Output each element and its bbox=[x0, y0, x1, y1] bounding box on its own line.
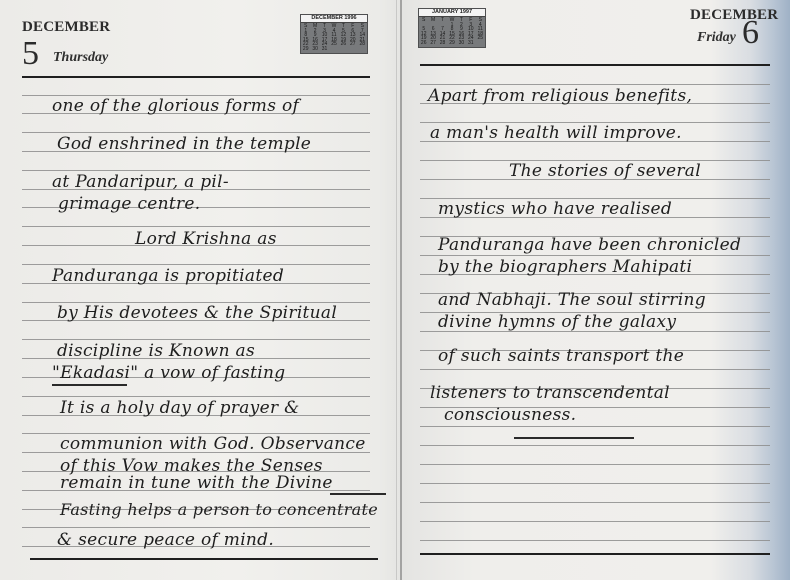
closing-underline bbox=[514, 437, 634, 439]
handwritten-line: at Pandaripur, a pil- bbox=[52, 172, 229, 192]
handwritten-line: discipline is Known as bbox=[57, 341, 255, 361]
right-day-number: 6 bbox=[742, 16, 759, 50]
left-page: DECEMBER 5 Thursday DECEMBER 1996 S M T … bbox=[0, 0, 400, 580]
handwritten-line: Lord Krishna as bbox=[135, 229, 277, 249]
ruled-line bbox=[22, 132, 370, 133]
handwritten-line: Apart from religious benefits, bbox=[428, 86, 692, 106]
footer-rule bbox=[420, 553, 770, 555]
handwritten-line: mystics who have realised bbox=[438, 199, 672, 219]
handwritten-line: consciousness. bbox=[444, 405, 576, 425]
ruled-line bbox=[22, 527, 370, 528]
right-page: JANUARY 1997 S M T W T F S 1 2 3 bbox=[404, 0, 790, 580]
handwritten-line: of such saints transport the bbox=[438, 346, 684, 366]
handwritten-line: & secure peace of mind. bbox=[57, 530, 274, 550]
handwritten-line: listeners to transcendental bbox=[430, 383, 670, 403]
ruled-line bbox=[420, 464, 770, 465]
mini-calendar-december-1996: DECEMBER 1996 S M T W T F S 1 2 3 4 5 bbox=[300, 14, 368, 54]
diary-spread: DECEMBER 5 Thursday DECEMBER 1996 S M T … bbox=[0, 0, 790, 580]
right-month-label: DECEMBER bbox=[690, 7, 778, 24]
handwritten-line: a man's health will improve. bbox=[430, 123, 682, 143]
ruled-line bbox=[420, 521, 770, 522]
ruled-line bbox=[22, 226, 370, 227]
cal-day bbox=[476, 41, 485, 46]
handwritten-line: Panduranga have been chronicled bbox=[438, 235, 741, 255]
ruled-line bbox=[420, 483, 770, 484]
mini-calendar-january-1997: JANUARY 1997 S M T W T F S 1 2 3 bbox=[418, 8, 486, 48]
cal-day: 30 bbox=[457, 41, 466, 46]
ruled-line bbox=[22, 170, 370, 171]
divine-underline bbox=[330, 493, 386, 495]
cal-day bbox=[348, 47, 357, 52]
header-rule bbox=[22, 76, 370, 78]
cal-day: 29 bbox=[447, 41, 456, 46]
cal-day: 27 bbox=[428, 41, 437, 46]
ruled-line bbox=[22, 396, 370, 397]
mini-calendar-title: DECEMBER 1996 bbox=[301, 15, 367, 23]
ruled-line bbox=[420, 426, 770, 427]
handwritten-line: "Ekadasi" a vow of fasting bbox=[52, 363, 285, 383]
ruled-line bbox=[420, 445, 770, 446]
right-weekday: Friday bbox=[697, 30, 736, 46]
handwritten-line: and Nabhaji. The soul stirring bbox=[438, 290, 706, 310]
handwritten-line: by the biographers Mahipati bbox=[438, 257, 692, 277]
cal-day: 31 bbox=[466, 41, 475, 46]
handwritten-line: remain in tune with the Divine bbox=[60, 473, 333, 493]
handwritten-line: Panduranga is propitiated bbox=[52, 266, 284, 286]
handwritten-line: God enshrined in the temple bbox=[57, 134, 311, 154]
footer-rule bbox=[30, 558, 378, 560]
cal-day: 26 bbox=[419, 41, 428, 46]
cal-day: 31 bbox=[320, 47, 329, 52]
ekadasi-underline bbox=[52, 384, 127, 386]
handwritten-line: grimage centre. bbox=[58, 194, 201, 214]
page-gutter bbox=[400, 0, 402, 580]
ruled-line bbox=[420, 255, 770, 256]
left-day-number: 5 bbox=[22, 37, 39, 71]
cal-day: 28 bbox=[438, 41, 447, 46]
ruled-line bbox=[420, 84, 770, 85]
cal-day bbox=[339, 47, 348, 52]
ruled-line bbox=[420, 369, 770, 370]
header-rule bbox=[420, 64, 770, 66]
ruled-line bbox=[22, 264, 370, 265]
handwritten-line: It is a holy day of prayer & bbox=[60, 398, 300, 418]
cal-day bbox=[358, 47, 367, 52]
handwritten-line: by His devotees & the Spiritual bbox=[57, 303, 337, 323]
left-month-label: DECEMBER bbox=[22, 19, 110, 36]
handwritten-line: Fasting helps a person to concentrate bbox=[60, 500, 378, 519]
handwritten-line: one of the glorious forms of bbox=[52, 96, 299, 116]
mini-calendar-grid: S M T W T F S 1 2 3 4 bbox=[419, 18, 485, 46]
handwritten-line: communion with God. Observance bbox=[60, 434, 366, 454]
handwritten-line: divine hymns of the galaxy bbox=[438, 312, 676, 332]
cal-day: 30 bbox=[310, 47, 319, 52]
ruled-line bbox=[22, 339, 370, 340]
handwritten-line: The stories of several bbox=[509, 161, 701, 181]
cal-day: 29 bbox=[301, 47, 310, 52]
mini-calendar-grid: S M T W T F S 1 2 3 4 5 6 7 bbox=[301, 24, 367, 52]
ruled-line bbox=[420, 540, 770, 541]
ruled-line bbox=[420, 502, 770, 503]
cal-day bbox=[329, 47, 338, 52]
mini-calendar-title: JANUARY 1997 bbox=[419, 9, 485, 17]
left-weekday: Thursday bbox=[53, 50, 108, 66]
